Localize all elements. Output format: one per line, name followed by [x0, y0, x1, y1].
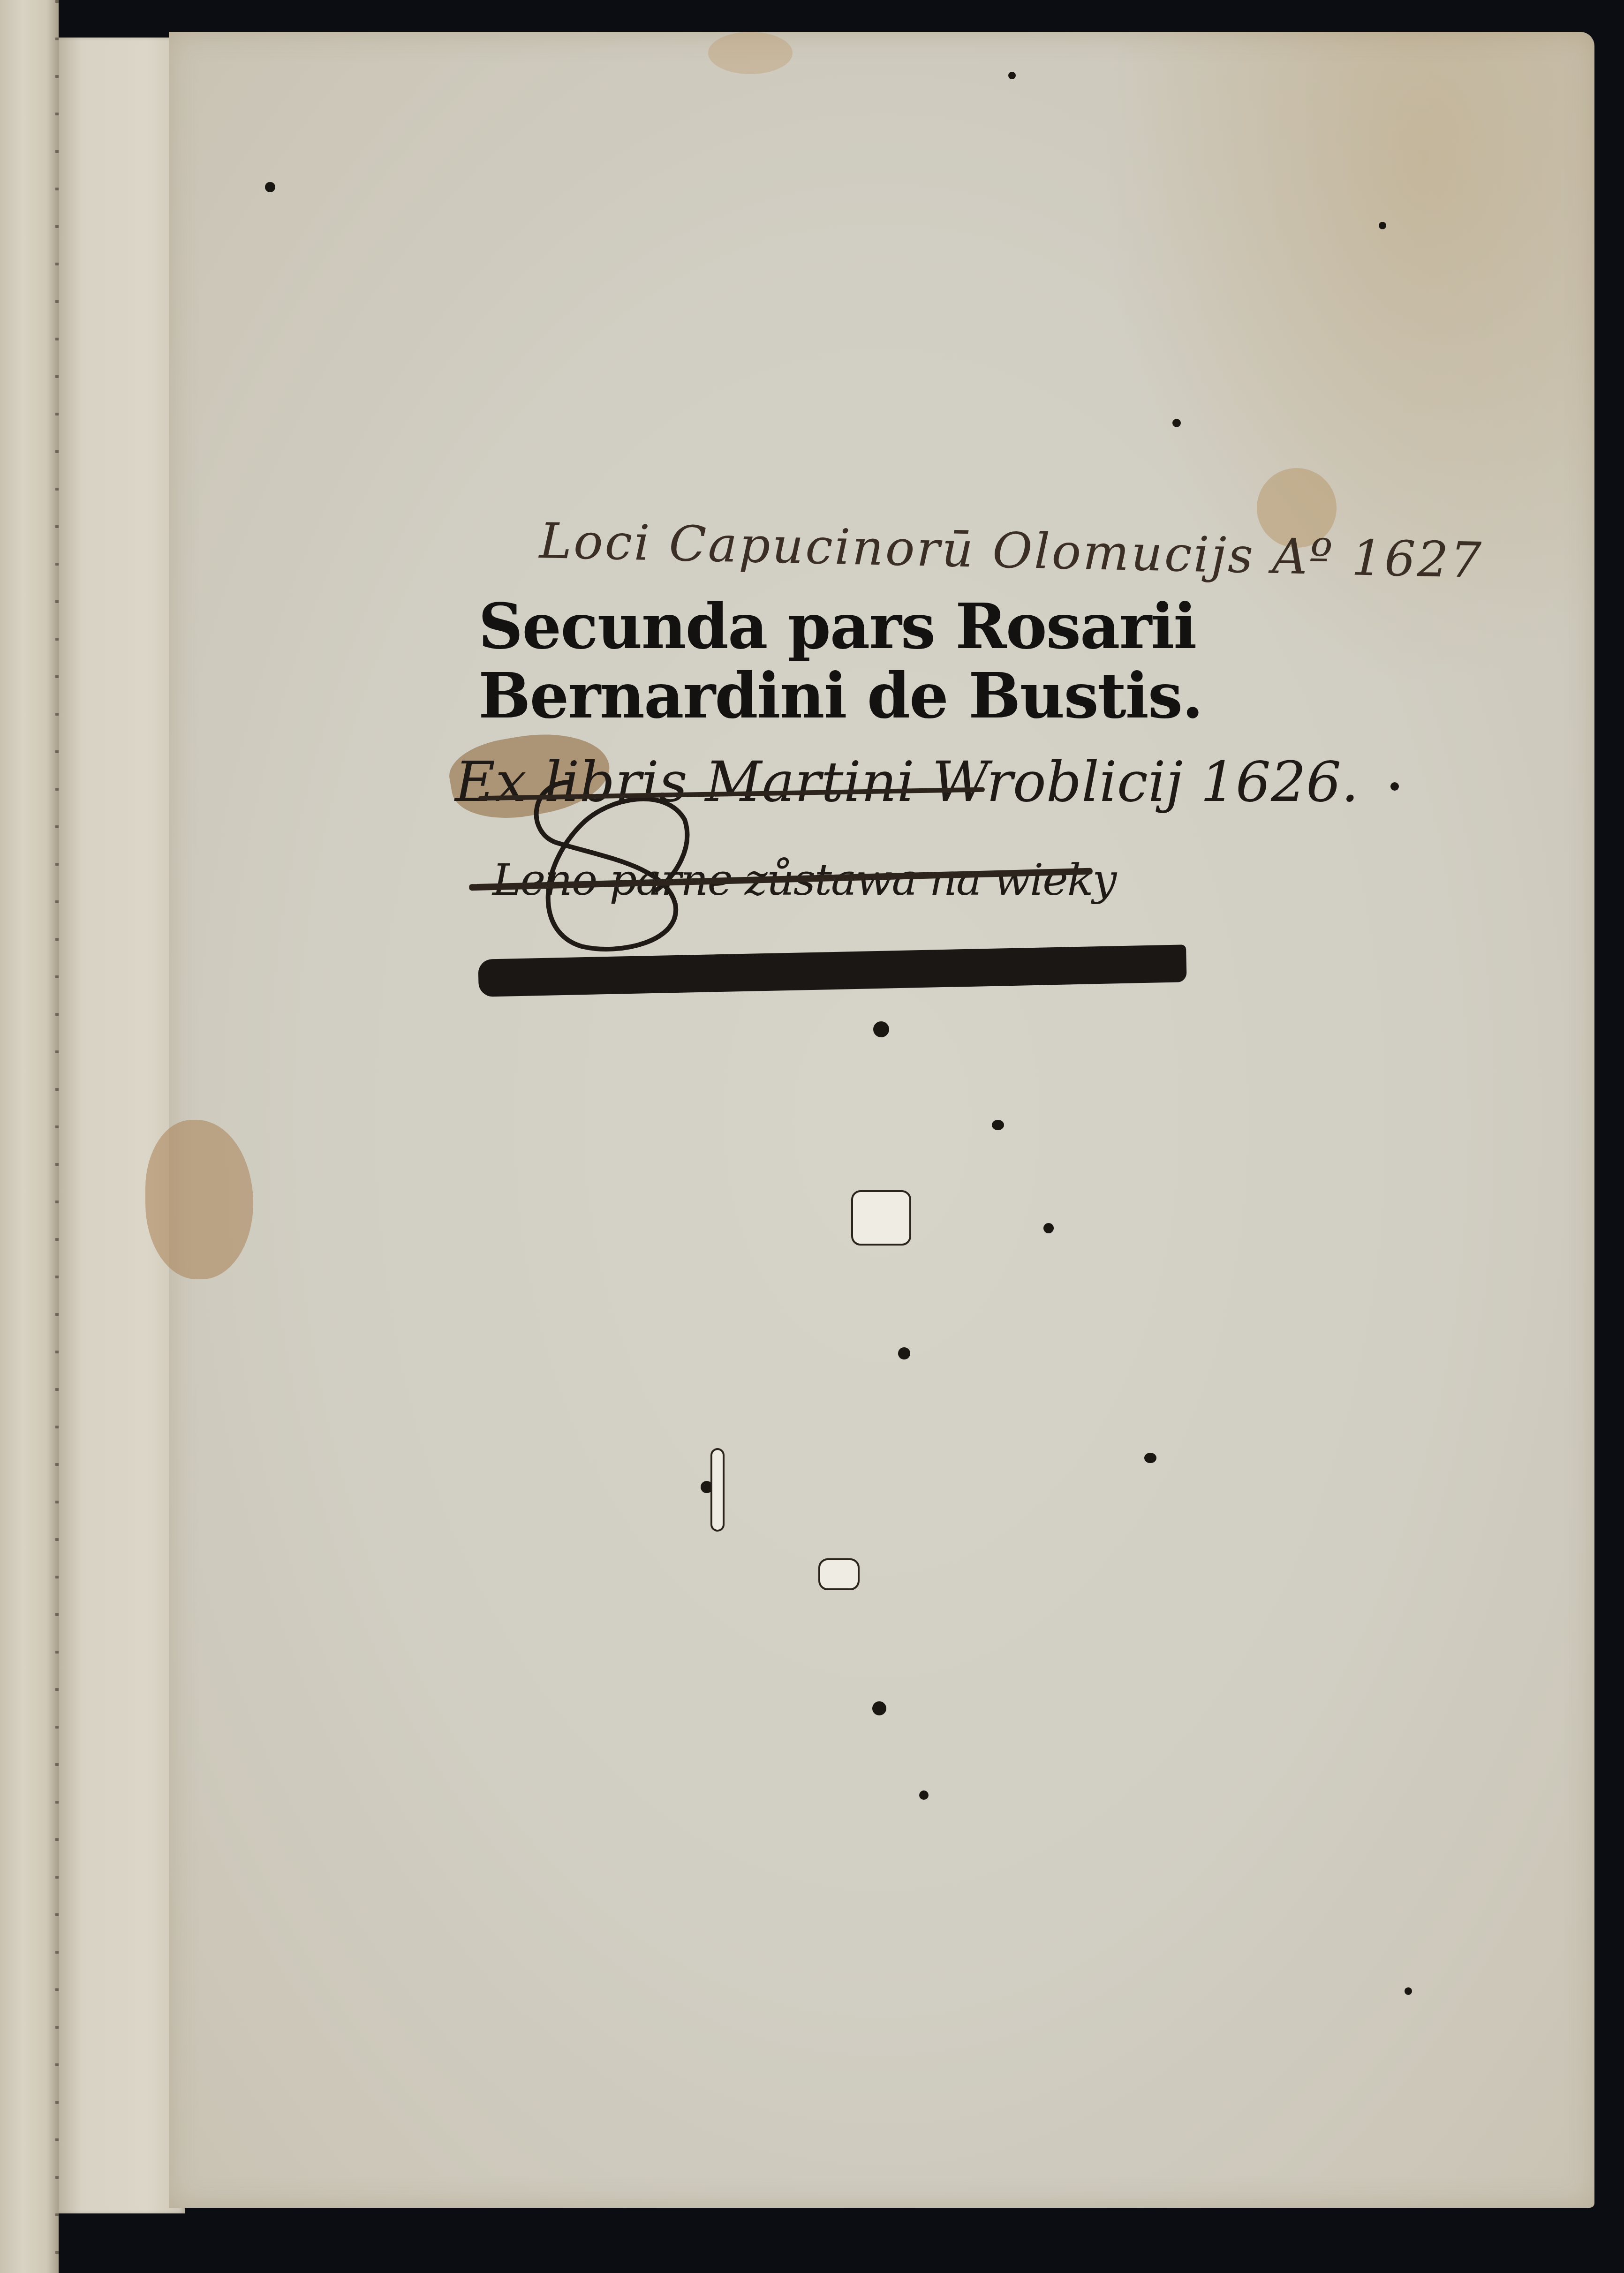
ex-libris-inscription: Ex libris Martini Wroblicij 1626.: [455, 749, 1359, 814]
ink-redaction-bar: [478, 944, 1186, 997]
wormhole: [1172, 419, 1181, 427]
stain-top: [708, 32, 793, 74]
provenance-inscription: Loci Capucinorū Olomucijs Aº 1627: [539, 512, 1484, 589]
wormhole: [1043, 1223, 1054, 1233]
wormhole-track: [818, 1558, 860, 1590]
binding-stub-leaf: [59, 38, 185, 2213]
title-page-leaf: Loci Capucinorū Olomucijs Aº 1627 Secund…: [169, 32, 1594, 2208]
wormhole: [872, 1701, 886, 1715]
water-stain-left: [145, 1120, 253, 1279]
wormhole: [265, 182, 275, 192]
binding-cover-edge: [0, 0, 59, 2273]
wormhole: [898, 1347, 910, 1359]
wormhole: [1379, 222, 1386, 229]
wormhole: [873, 1021, 889, 1037]
wormhole: [1405, 1987, 1412, 1995]
redacted-inscription: [478, 932, 1186, 998]
title-line-1: Secunda pars Rosarii: [478, 592, 1202, 662]
wormhole: [1008, 72, 1016, 79]
title-line-2: Bernardini de Bustis.: [478, 662, 1202, 731]
wormhole: [1390, 782, 1399, 791]
wormhole-track: [710, 1448, 725, 1532]
wormhole: [919, 1790, 929, 1800]
book-scan: Loci Capucinorū Olomucijs Aº 1627 Secund…: [0, 0, 1624, 2273]
wormhole-track-fragment: [851, 1190, 911, 1246]
wormhole: [992, 1120, 1004, 1130]
printed-title: Secunda pars Rosarii Bernardini de Busti…: [478, 592, 1202, 731]
wormhole: [1144, 1453, 1156, 1463]
